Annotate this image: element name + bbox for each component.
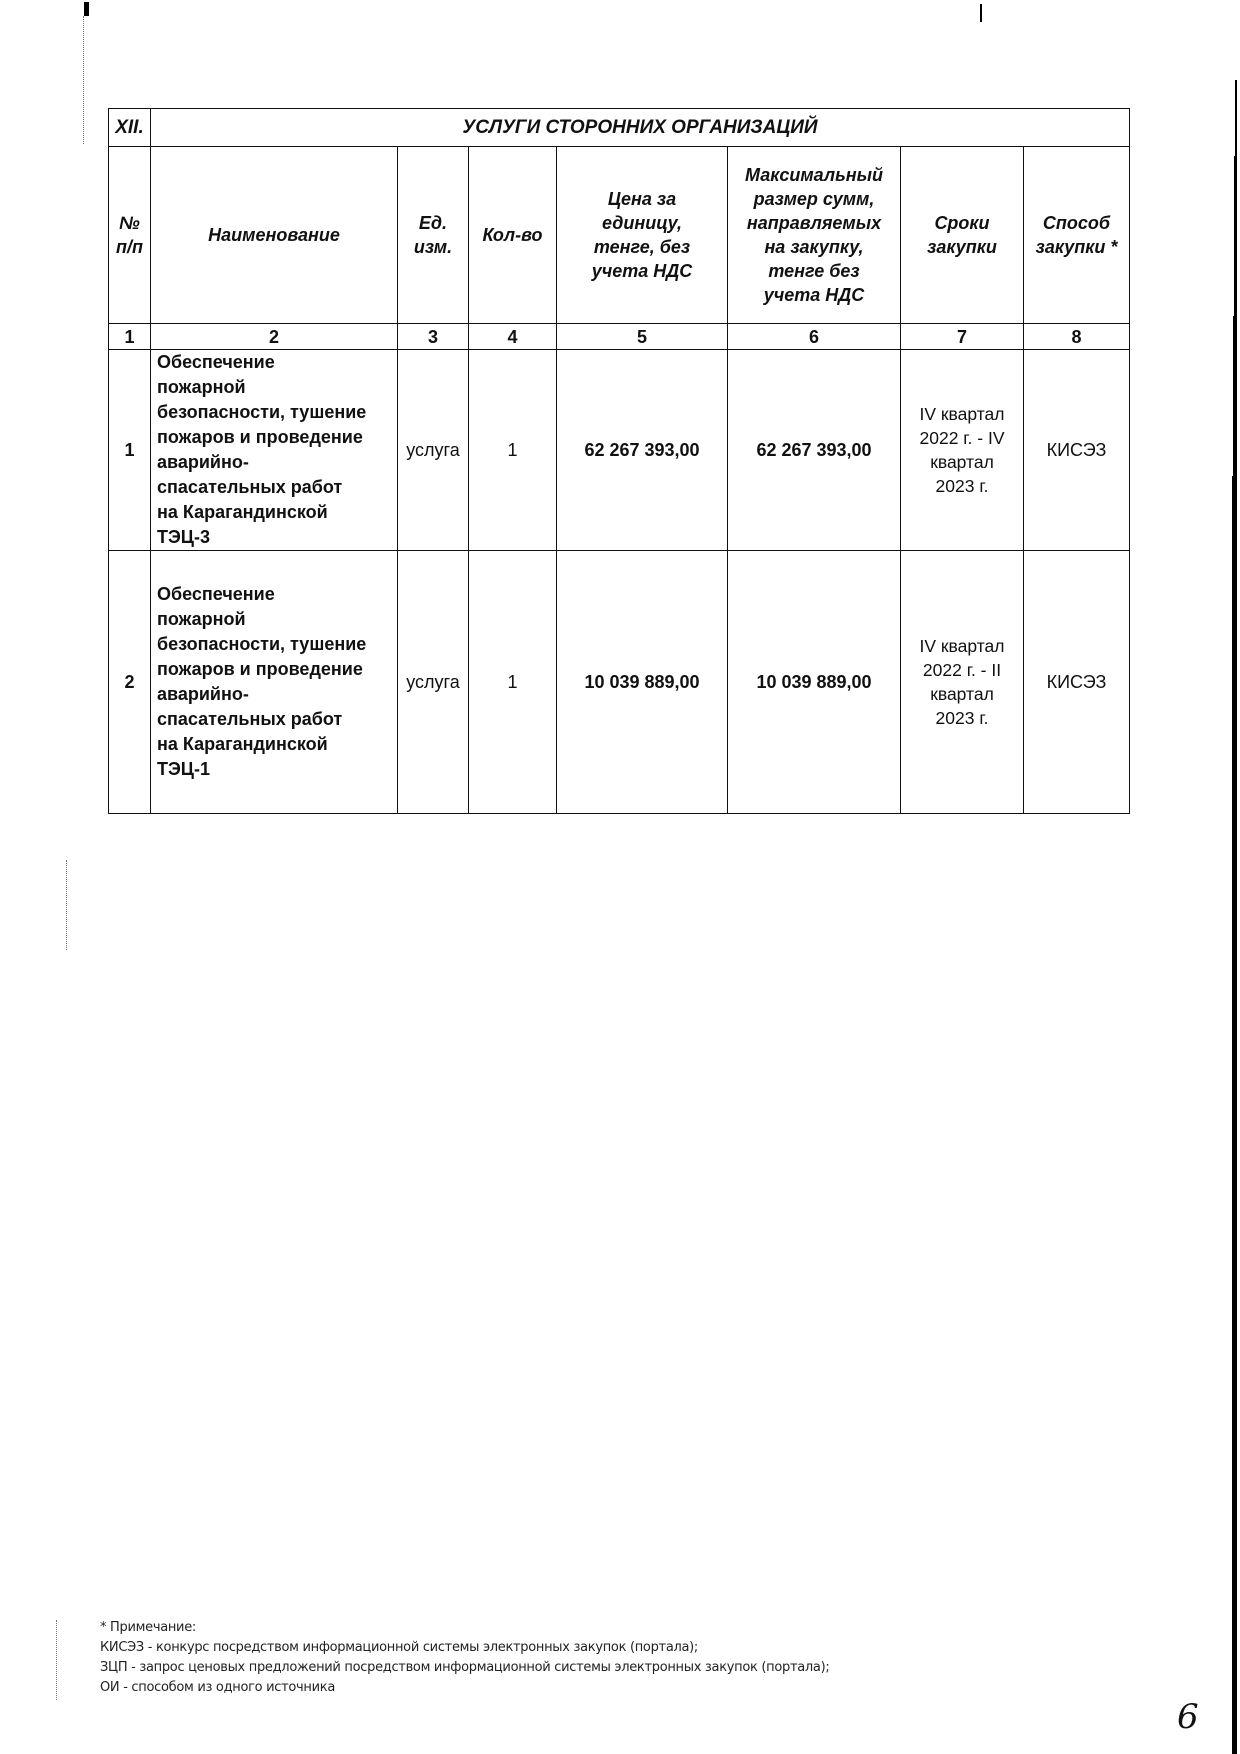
column-index: 4 xyxy=(469,324,557,350)
row-max-amount: 10 039 889,00 xyxy=(728,551,901,814)
header-qty: Кол-во xyxy=(469,147,557,324)
row-qty: 1 xyxy=(469,551,557,814)
column-index: 3 xyxy=(398,324,469,350)
section-number: XII. xyxy=(109,109,151,147)
scan-artifact-left-dots xyxy=(66,860,67,950)
footnote-line: ОИ - способом из одного источника xyxy=(100,1678,829,1698)
column-index-row: 1 2 3 4 5 6 7 8 xyxy=(109,324,1130,350)
row-max-amount: 62 267 393,00 xyxy=(728,350,901,551)
section-title-row: XII. УСЛУГИ СТОРОННИХ ОРГАНИЗАЦИЙ xyxy=(109,109,1130,147)
footnote-line: ЗЦП - запрос ценовых предложений посредс… xyxy=(100,1658,829,1678)
header-method: Способ закупки * xyxy=(1024,147,1130,324)
row-unit-price: 62 267 393,00 xyxy=(557,350,728,551)
scan-artifact-right-edge xyxy=(1235,80,1237,160)
column-index: 8 xyxy=(1024,324,1130,350)
scan-artifact-left-dots xyxy=(56,1620,57,1700)
row-method: КИСЭЗ xyxy=(1024,551,1130,814)
row-unit: услуга xyxy=(398,350,469,551)
footnote-line: КИСЭЗ - конкурс посредством информационн… xyxy=(100,1638,829,1658)
header-unit-price: Цена за единицу, тенге, без учета НДС xyxy=(557,147,728,324)
row-number: 2 xyxy=(109,551,151,814)
row-term: IV квартал 2022 г. - II квартал 2023 г. xyxy=(901,551,1024,814)
row-qty: 1 xyxy=(469,350,557,551)
column-index: 5 xyxy=(557,324,728,350)
column-index: 7 xyxy=(901,324,1024,350)
row-method: КИСЭЗ xyxy=(1024,350,1130,551)
row-term: IV квартал 2022 г. - IV квартал 2023 г. xyxy=(901,350,1024,551)
header-term: Сроки закупки xyxy=(901,147,1024,324)
header-name: Наименование xyxy=(151,147,398,324)
column-index: 2 xyxy=(151,324,398,350)
header-row: № п/п Наименование Ед. изм. Кол-во Цена … xyxy=(109,147,1130,324)
footnote-title: * Примечание: xyxy=(100,1618,829,1638)
header-no: № п/п xyxy=(109,147,151,324)
header-max-amount: Максимальный размер сумм, направляемых н… xyxy=(728,147,901,324)
scan-artifact-right-edge xyxy=(1232,476,1237,1754)
row-unit: услуга xyxy=(398,551,469,814)
services-table: XII. УСЛУГИ СТОРОННИХ ОРГАНИЗАЦИЙ № п/п … xyxy=(108,108,1130,814)
row-name: Обеспечение пожарной безопасности, тушен… xyxy=(151,350,398,551)
scan-artifact-top-left xyxy=(84,2,89,16)
header-unit: Ед. изм. xyxy=(398,147,469,324)
section-title: УСЛУГИ СТОРОННИХ ОРГАНИЗАЦИЙ xyxy=(151,109,1130,147)
table-row: 2 Обеспечение пожарной безопасности, туш… xyxy=(109,551,1130,814)
row-unit-price: 10 039 889,00 xyxy=(557,551,728,814)
page-number: 6 xyxy=(1177,1697,1199,1737)
row-name: Обеспечение пожарной безопасности, тушен… xyxy=(151,551,398,814)
scan-artifact-top-mark xyxy=(980,4,982,22)
scan-artifact-left-dots xyxy=(83,16,84,144)
scan-artifact-right-edge xyxy=(1234,156,1237,316)
footnote: * Примечание: КИСЭЗ - конкурс посредство… xyxy=(100,1618,829,1698)
row-number: 1 xyxy=(109,350,151,551)
column-index: 1 xyxy=(109,324,151,350)
column-index: 6 xyxy=(728,324,901,350)
table-row: 1 Обеспечение пожарной безопасности, туш… xyxy=(109,350,1130,551)
scan-artifact-right-edge xyxy=(1233,316,1237,476)
